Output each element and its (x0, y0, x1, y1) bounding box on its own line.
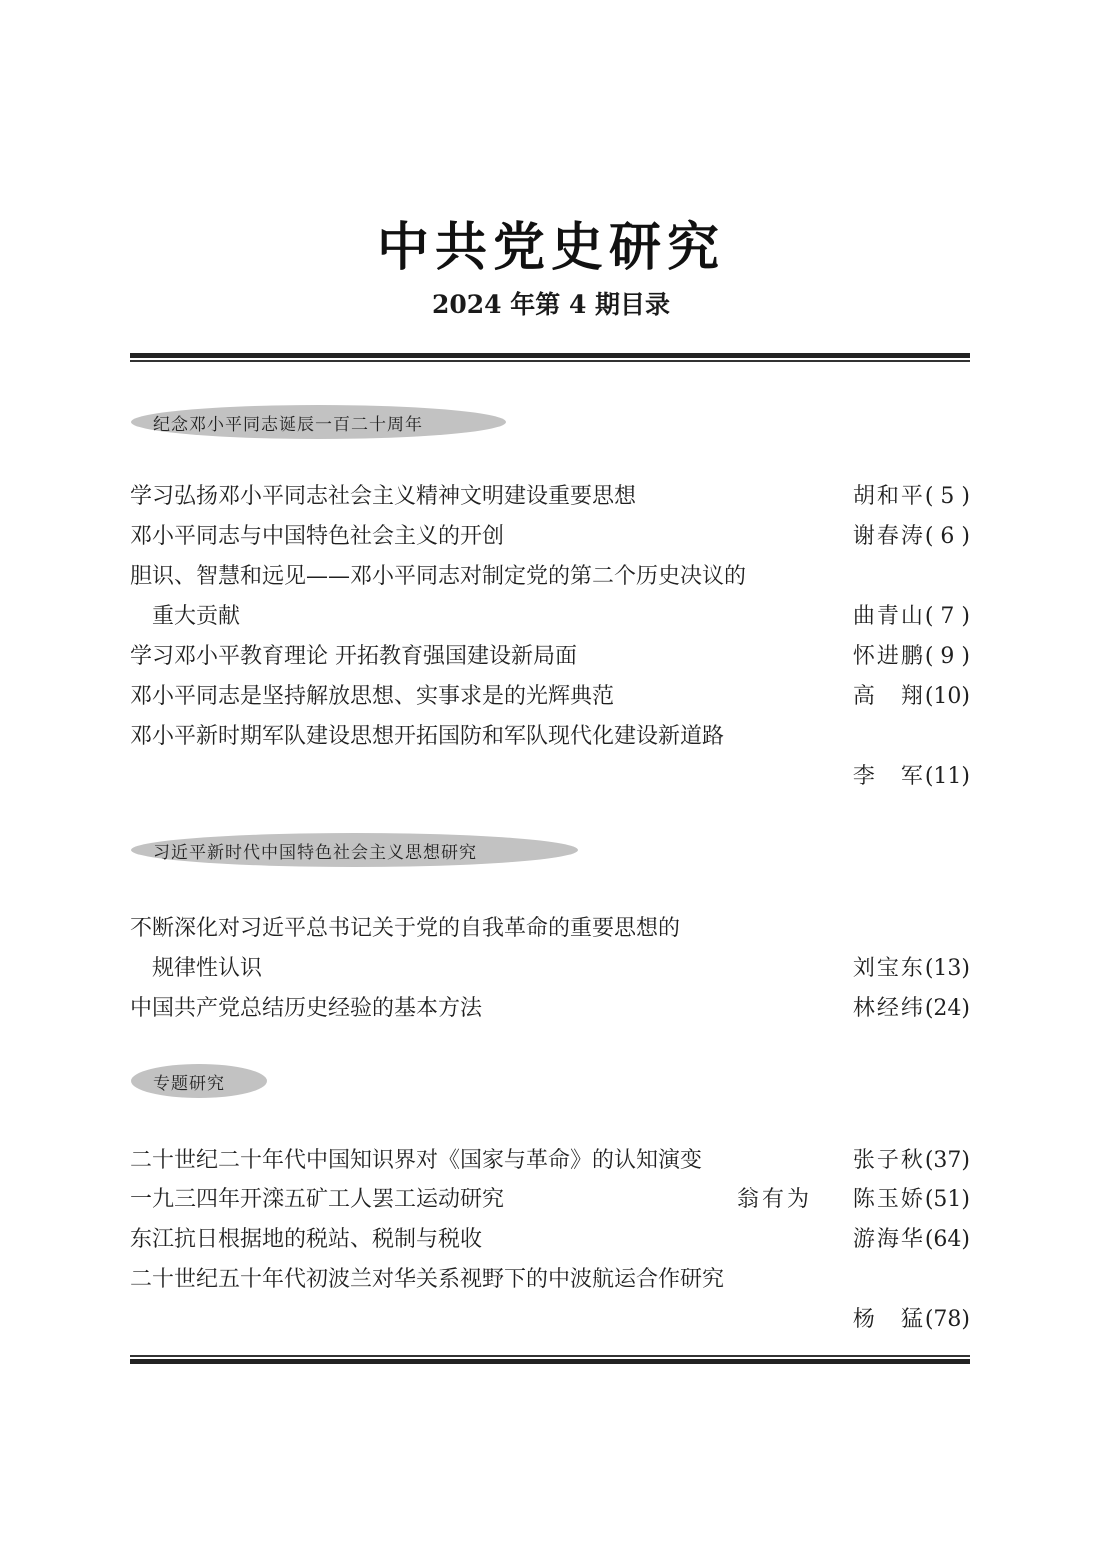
entry-title: 不断深化对习近平总书记关于党的自我革命的重要思想的 (130, 911, 680, 947)
section-label: 专题研究 (131, 1064, 267, 1098)
entry-author: 曲青山( 7 ) (853, 599, 970, 635)
journal-title: 中共党史研究 (0, 205, 1102, 280)
entry-author: 怀进鹏( 9 ) (853, 639, 970, 675)
entry-author: 谢春涛( 6 ) (853, 519, 970, 555)
toc-entry[interactable]: 邓小平新时期军队建设思想开拓国防和军队现代化建设新道路 (130, 719, 970, 755)
entry-author: 高 翔(10) (853, 679, 970, 715)
entry-author: 林经纬(24) (853, 991, 970, 1027)
entry-title: 邓小平新时期军队建设思想开拓国防和军队现代化建设新道路 (130, 719, 724, 755)
toc-entry[interactable]: 胆识、智慧和远见——邓小平同志对制定党的第二个历史决议的 (130, 559, 970, 595)
toc-entry[interactable]: 邓小平同志与中国特色社会主义的开创 谢春涛( 6 ) (130, 519, 970, 555)
toc-entry-continuation[interactable]: 重大贡献 曲青山( 7 ) (130, 599, 970, 635)
top-rule-thick (130, 353, 970, 358)
toc-entry[interactable]: 东江抗日根据地的税站、税制与税收 游海华(64) (130, 1222, 970, 1258)
entry-title: 学习邓小平教育理论 开拓教育强国建设新局面 (130, 639, 577, 675)
toc-entry[interactable]: 中国共产党总结历史经验的基本方法 林经纬(24) (130, 991, 970, 1027)
section-label: 习近平新时代中国特色社会主义思想研究 (131, 833, 578, 867)
toc-entry[interactable]: 邓小平同志是坚持解放思想、实事求是的光辉典范 高 翔(10) (130, 679, 970, 715)
toc-entry[interactable]: 学习弘扬邓小平同志社会主义精神文明建设重要思想 胡和平( 5 ) (130, 479, 970, 515)
bottom-rule-thick (130, 1359, 970, 1364)
entry-title: 东江抗日根据地的税站、税制与税收 (130, 1222, 482, 1258)
toc-entry[interactable]: 学习邓小平教育理论 开拓教育强国建设新局面 怀进鹏( 9 ) (130, 639, 970, 675)
entry-author: 李 军(11) (853, 759, 970, 795)
toc-entry[interactable]: 不断深化对习近平总书记关于党的自我革命的重要思想的 (130, 911, 970, 947)
toc-entry-continuation[interactable]: 杨 猛(78) (130, 1302, 970, 1338)
entry-title: 胆识、智慧和远见——邓小平同志对制定党的第二个历史决议的 (130, 559, 746, 595)
entry-author: 胡和平( 5 ) (853, 479, 970, 515)
entry-author: 刘宝东(13) (853, 951, 970, 987)
entry-title: 规律性认识 (152, 951, 262, 987)
toc-entry-continuation[interactable]: 规律性认识 刘宝东(13) (130, 951, 970, 987)
entry-author: 陈玉娇(51) (853, 1182, 970, 1218)
toc-entry[interactable]: 二十世纪二十年代中国知识界对《国家与革命》的认知演变 张子秋(37) (130, 1143, 970, 1179)
issue-title: 2024 年第 4 期目录 (0, 285, 1102, 321)
entry-title: 邓小平同志是坚持解放思想、实事求是的光辉典范 (130, 679, 614, 715)
entry-title: 二十世纪二十年代中国知识界对《国家与革命》的认知演变 (130, 1143, 702, 1179)
toc-entry-continuation[interactable]: 李 军(11) (130, 759, 970, 795)
entry-title: 中国共产党总结历史经验的基本方法 (130, 991, 482, 1027)
toc-entry[interactable]: 二十世纪五十年代初波兰对华关系视野下的中波航运合作研究 (130, 1262, 970, 1298)
section-label: 纪念邓小平同志诞辰一百二十周年 (131, 405, 506, 439)
entry-author: 张子秋(37) (853, 1143, 970, 1179)
toc-entry[interactable]: 一九三四年开滦五矿工人罢工运动研究 翁有为 陈玉娇(51) (130, 1182, 970, 1218)
entry-title: 重大贡献 (152, 599, 240, 635)
entry-title: 一九三四年开滦五矿工人罢工运动研究 (130, 1182, 504, 1218)
entry-title: 学习弘扬邓小平同志社会主义精神文明建设重要思想 (130, 479, 636, 515)
entry-author: 杨 猛(78) (853, 1302, 970, 1338)
entry-title: 二十世纪五十年代初波兰对华关系视野下的中波航运合作研究 (130, 1262, 724, 1298)
bottom-rule-thin (130, 1355, 970, 1357)
top-rule-thin (130, 360, 970, 362)
entry-title: 邓小平同志与中国特色社会主义的开创 (130, 519, 504, 555)
entry-coauthor: 翁有为 (737, 1182, 812, 1218)
entry-author: 游海华(64) (853, 1222, 970, 1258)
